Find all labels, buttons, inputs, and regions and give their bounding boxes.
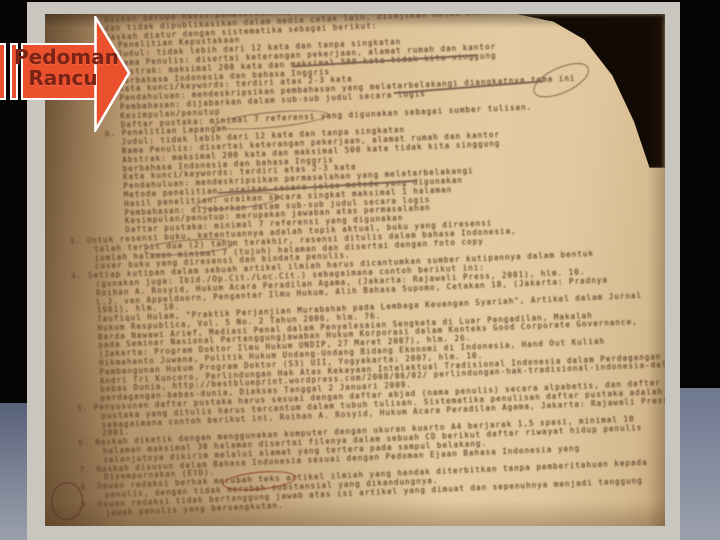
- callout-label-line1: Pedoman: [14, 47, 112, 68]
- accent-bar-right: [680, 388, 720, 540]
- striped-right-arrow-callout: Pedoman Rancu: [0, 0, 140, 140]
- accent-bar-left: [0, 403, 27, 540]
- slide-canvas: Naskah berupa hasil penelitian kepustaka…: [0, 0, 720, 540]
- callout-label: Pedoman Rancu: [14, 47, 112, 89]
- arrow-stripe-1: [0, 43, 6, 100]
- callout-label-line2: Rancu: [14, 68, 112, 89]
